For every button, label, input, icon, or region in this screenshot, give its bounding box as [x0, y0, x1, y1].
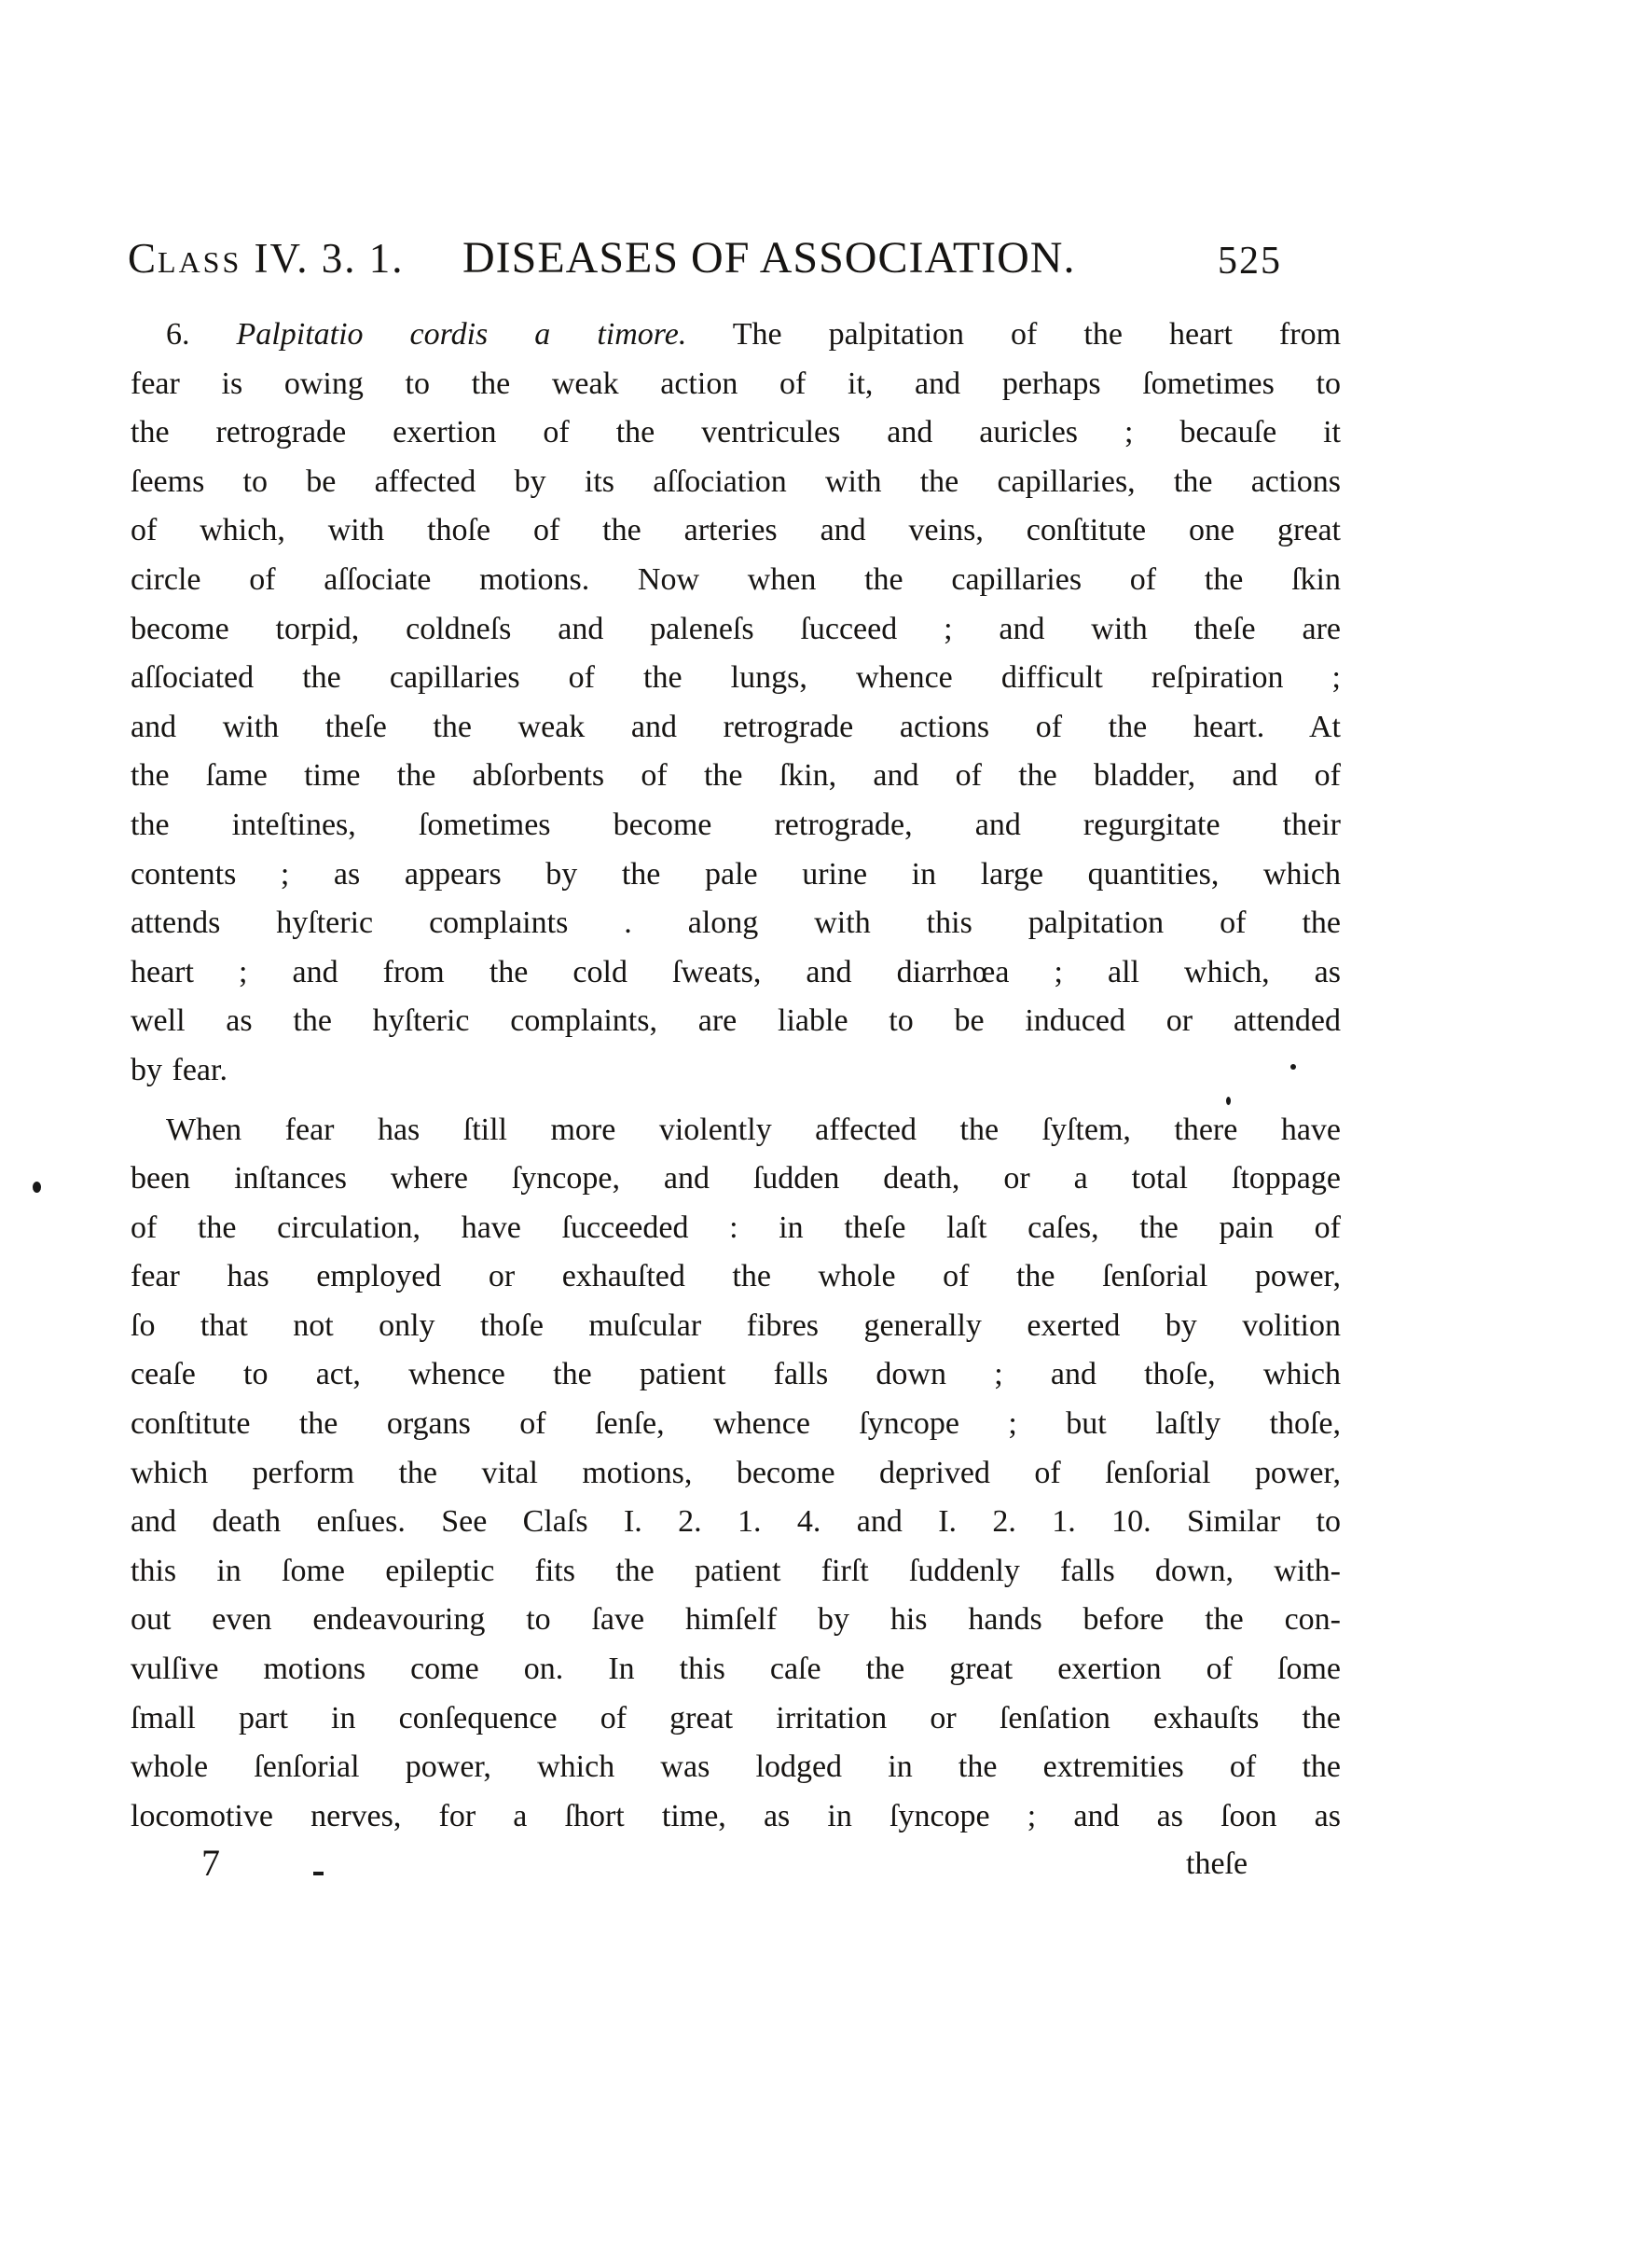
text-line: contents ; as appears by the pale urine … — [131, 850, 1341, 900]
text-line: well as the hyſteric complaints, are lia… — [131, 997, 1341, 1046]
text-segment: of which, with thoſe of the arteries and… — [131, 513, 1341, 547]
text-segment: locomotive nerves, for a ſhort time, as … — [131, 1799, 1341, 1833]
text-line: the ſame time the abſorbents of the ſkin… — [131, 752, 1341, 801]
text-line: fear has employed or exhauſted the whole… — [131, 1252, 1341, 1302]
text-line: circle of aſſociate motions. Now when th… — [131, 556, 1341, 605]
text-line: become torpid, coldneſs and paleneſs ſuc… — [131, 605, 1341, 655]
text-segment: ceaſe to act, whence the patient falls d… — [131, 1357, 1341, 1391]
text-segment: become torpid, coldneſs and paleneſs ſuc… — [131, 612, 1341, 646]
text-line: ceaſe to act, whence the patient falls d… — [131, 1350, 1341, 1400]
text-line: vulſive motions come on. In this caſe th… — [131, 1645, 1341, 1694]
text-segment: well as the hyſteric complaints, are lia… — [131, 1003, 1341, 1038]
text-segment: this in ſome epileptic fits the patient … — [131, 1554, 1341, 1588]
text-segment: the retrograde exertion of the ventricul… — [131, 415, 1341, 449]
text-line: When fear has ſtill more violently affec… — [131, 1106, 1341, 1155]
text-line: which perform the vital motions, become … — [131, 1449, 1341, 1499]
ink-speck — [1290, 1064, 1296, 1070]
text-segment: ſo that not only thoſe muſcular fibres g… — [131, 1308, 1341, 1343]
text-segment: fear is owing to the weak action of it, … — [131, 366, 1341, 401]
text-segment: C — [128, 235, 158, 282]
text-line: fear is owing to the weak action of it, … — [131, 360, 1341, 409]
text-line: the retrograde exertion of the ventricul… — [131, 408, 1341, 458]
text-segment: ſmall part in conſequence of great irrit… — [131, 1701, 1341, 1736]
text-segment: aſſociated the capillaries of the lungs,… — [131, 660, 1341, 695]
text-segment: contents ; as appears by the pale urine … — [131, 857, 1341, 892]
text-line: the inteſtines, ſometimes become retrogr… — [131, 801, 1341, 850]
text-segment: of the circulation, have ſucceeded : in … — [131, 1210, 1341, 1245]
text-line: and with theſe the weak and retrograde a… — [131, 703, 1341, 753]
text-line: conſtitute the organs of ſenſe, whence ſ… — [131, 1400, 1341, 1449]
text-segment: 6. — [166, 317, 237, 352]
text-line: ſeems to be affected by its aſſociation … — [131, 458, 1341, 507]
body-text: 6. Palpitatio cordis a timore. The palpi… — [131, 311, 1341, 1841]
text-line: been inſtances where ſyncope, and ſudden… — [131, 1155, 1341, 1204]
running-head-title: DISEASES OF ASSOCIATION. — [462, 232, 1075, 283]
text-segment: the inteſtines, ſometimes become retrogr… — [131, 808, 1341, 842]
text-segment: out even endeavouring to ſave himſelf by… — [131, 1602, 1341, 1637]
text-line: aſſociated the capillaries of the lungs,… — [131, 654, 1341, 703]
text-segment: vulſive motions come on. In this caſe th… — [131, 1652, 1341, 1686]
paragraph-palpitatio: 6. Palpitatio cordis a timore. The palpi… — [131, 311, 1341, 1096]
text-segment: heart ; and from the cold ſweats, and di… — [131, 955, 1341, 989]
text-segment: attends hyſteric complaints . along with… — [131, 906, 1341, 940]
text-segment: and death enſues. See Claſs I. 2. 1. 4. … — [131, 1504, 1341, 1539]
text-segment: conſtitute the organs of ſenſe, whence ſ… — [131, 1406, 1341, 1441]
text-line: of which, with thoſe of the arteries and… — [131, 506, 1341, 556]
text-segment: ſeems to be affected by its aſſociation … — [131, 464, 1341, 499]
running-head-class: Class IV. 3. 1. — [128, 234, 404, 283]
text-segment: whole ſenſorial power, which was lodged … — [131, 1749, 1341, 1784]
text-line: this in ſome epileptic fits the patient … — [131, 1547, 1341, 1597]
catchword: theſe — [1186, 1840, 1248, 1888]
text-line: out even endeavouring to ſave himſelf by… — [131, 1596, 1341, 1645]
text-segment: IV. 3. 1. — [241, 235, 404, 282]
text-segment: which perform the vital motions, become … — [131, 1456, 1341, 1490]
text-line: whole ſenſorial power, which was lodged … — [131, 1743, 1341, 1792]
text-line: of the circulation, have ſucceeded : in … — [131, 1204, 1341, 1253]
ink-speck — [1226, 1097, 1231, 1105]
text-segment: fear has employed or exhauſted the whole… — [131, 1259, 1341, 1293]
text-segment: by fear. — [131, 1053, 228, 1087]
text-segment: The palpitation of the heart from — [686, 317, 1341, 352]
page-number: 525 — [1218, 239, 1282, 283]
text-line: attends hyſteric complaints . along with… — [131, 899, 1341, 948]
paragraph-when-fear: When fear has ſtill more violently affec… — [131, 1106, 1341, 1842]
text-line: 6. Palpitatio cordis a timore. The palpi… — [131, 311, 1341, 360]
text-line: by fear. — [131, 1046, 1341, 1096]
text-segment: and with theſe the weak and retrograde a… — [131, 710, 1341, 744]
text-line: ſmall part in conſequence of great irrit… — [131, 1694, 1341, 1744]
italic-text-segment: Palpitatio cordis a timore. — [237, 317, 687, 352]
text-segment: the ſame time the abſorbents of the ſkin… — [131, 758, 1341, 793]
text-segment: circle of aſſociate motions. Now when th… — [131, 562, 1341, 597]
text-segment: When fear has ſtill more violently affec… — [166, 1113, 1341, 1147]
ink-speck — [33, 1182, 41, 1193]
ink-speck — [313, 1872, 324, 1875]
text-line: heart ; and from the cold ſweats, and di… — [131, 948, 1341, 998]
text-line: and death enſues. See Claſs I. 2. 1. 4. … — [131, 1498, 1341, 1547]
book-page-scan: Class IV. 3. 1. DISEASES OF ASSOCIATION.… — [0, 0, 1641, 2268]
signature-number: 7 — [201, 1839, 220, 1888]
text-line: locomotive nerves, for a ſhort time, as … — [131, 1792, 1341, 1842]
text-line: ſo that not only thoſe muſcular fibres g… — [131, 1302, 1341, 1351]
text-segment: been inſtances where ſyncope, and ſudden… — [131, 1161, 1341, 1196]
text-segment: lass — [158, 235, 241, 282]
